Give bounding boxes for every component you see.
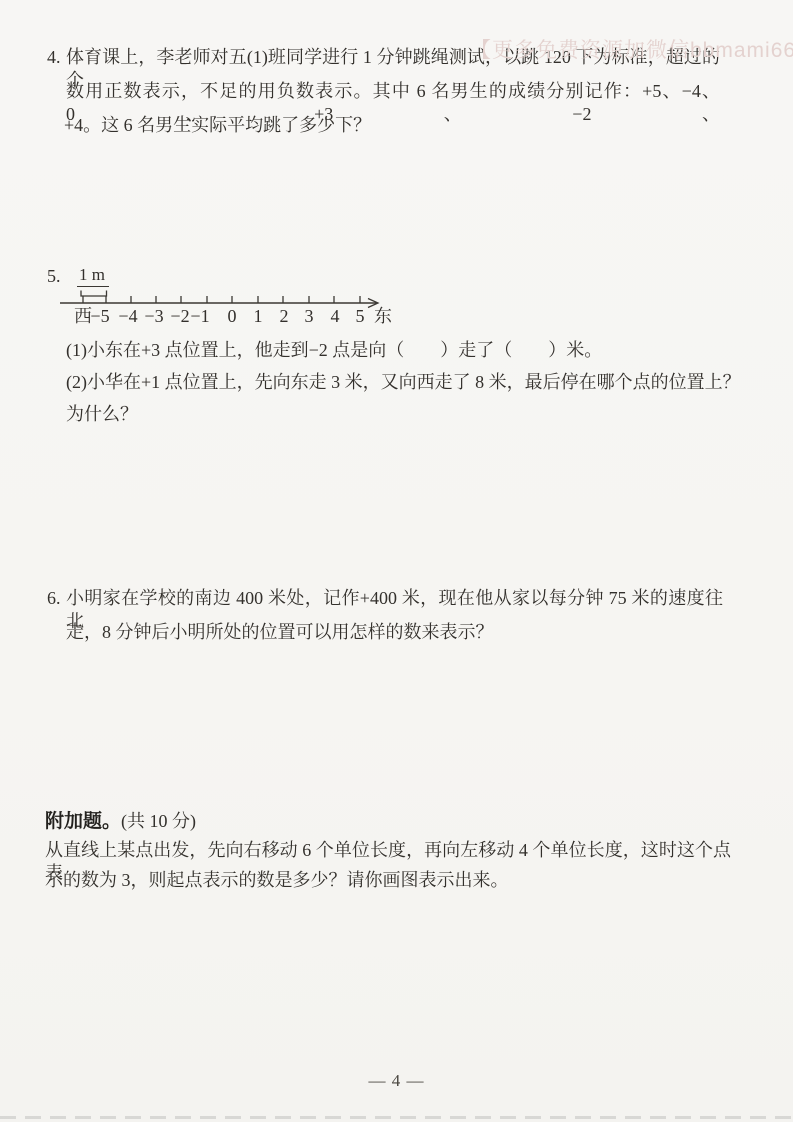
scale-bracket xyxy=(81,291,107,297)
scan-bottom-edge xyxy=(0,1116,793,1119)
question-5-sub-1: (1)小东在+3 点位置上，他走到−2 点是向（ ）走了（ ）米。 xyxy=(66,339,602,362)
page-number: — 4 — xyxy=(0,1071,793,1091)
question-6-number: 6. xyxy=(47,587,61,610)
tick-label: −1 xyxy=(182,306,218,326)
question-4-line-3: +4。这 6 名男生实际平均跳了多少下？ xyxy=(64,114,371,137)
east-label: 东 xyxy=(374,306,392,326)
watermark-text: 【更多免费资源加微信bbmami666】 xyxy=(470,34,793,64)
number-line-figure: 5. 1 m 西 −5 − xyxy=(0,262,420,332)
bonus-line-2: 示的数为 3，则起点表示的数是多少？请你画图表示出来。 xyxy=(45,869,509,892)
axis-ticks xyxy=(83,296,360,303)
question-4-number: 4. xyxy=(47,46,61,69)
question-5-sub-2-cont: 为什么？ xyxy=(66,403,138,426)
question-6-line-2: 走，8 分钟后小明所处的位置可以用怎样的数来表示？ xyxy=(66,621,494,644)
bonus-title: 附加题。 xyxy=(45,811,121,832)
question-5-sub-2: (2)小华在+1 点位置上，先向东走 3 米，又向西走了 8 米，最后停在哪个点… xyxy=(66,371,741,394)
tick-label: 5 xyxy=(342,306,378,326)
scanned-worksheet-page: 【更多免费资源加微信bbmami666】 4. 体育课上，李老师对五(1)班同学… xyxy=(0,0,793,1122)
bonus-points: (共 10 分) xyxy=(121,811,196,831)
